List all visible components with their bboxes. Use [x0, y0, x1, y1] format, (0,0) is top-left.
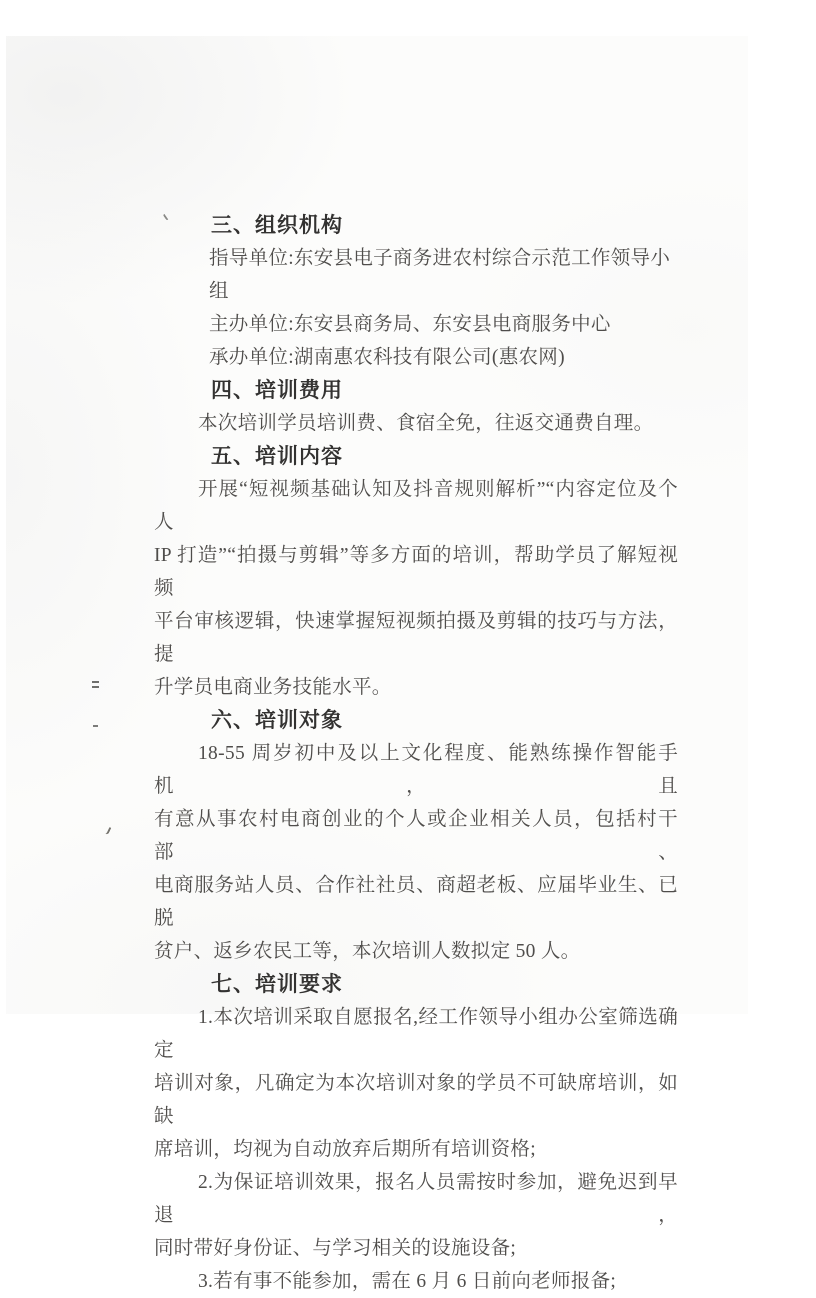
- scanned-page: 三、组织机构 指导单位:东安县电子商务进农村综合示范工作领导小组 主办单位:东安…: [6, 36, 748, 1014]
- text-line: 贫户、返乡农民工等，本次培训人数拟定 50 人。: [154, 935, 678, 968]
- section-heading: 六、培训对象: [154, 704, 678, 737]
- text-line: 18-55 周岁初中及以上文化程度、能熟练操作智能手机，且: [154, 737, 678, 803]
- section-fees: 四、培训费用 本次培训学员培训费、食宿全免，往返交通费自理。: [154, 374, 678, 440]
- document-body: 三、组织机构 指导单位:东安县电子商务进农村综合示范工作领导小组 主办单位:东安…: [154, 209, 678, 1056]
- text-line: IP 打造”“拍摄与剪辑”等多方面的培训，帮助学员了解短视频: [154, 539, 678, 605]
- text-line: 1.本次培训采取自愿报名,经工作领导小组办公室筛选确定: [154, 1001, 678, 1056]
- section-heading: 四、培训费用: [154, 374, 678, 407]
- text-line: 平台审核逻辑，快速掌握短视频拍摄及剪辑的技巧与方法，提: [154, 605, 678, 671]
- text-line: 承办单位:湖南惠农科技有限公司(惠农网): [154, 341, 678, 374]
- section-trainees: 六、培训对象 18-55 周岁初中及以上文化程度、能熟练操作智能手机，且 有意从…: [154, 704, 678, 968]
- text-line: 主办单位:东安县商务局、东安县电商服务中心: [154, 308, 678, 341]
- text-line: 电商服务站人员、合作社社员、商超老板、应届毕业生、已脱: [154, 869, 678, 935]
- section-heading: 五、培训内容: [154, 440, 678, 473]
- text-line: 本次培训学员培训费、食宿全免，往返交通费自理。: [154, 407, 678, 440]
- section-heading: 三、组织机构: [154, 209, 678, 242]
- section-content: 五、培训内容 开展“短视频基础认知及抖音规则解析”“内容定位及个人 IP 打造”…: [154, 440, 678, 704]
- text-line: 升学员电商业务技能水平。: [154, 671, 678, 704]
- text-line: 开展“短视频基础认知及抖音规则解析”“内容定位及个人: [154, 473, 678, 539]
- section-organization: 三、组织机构 指导单位:东安县电子商务进农村综合示范工作领导小组 主办单位:东安…: [154, 209, 678, 374]
- text-line: 指导单位:东安县电子商务进农村综合示范工作领导小组: [154, 242, 678, 308]
- text-line: 有意从事农村电商创业的个人或企业相关人员，包括村干部、: [154, 803, 678, 869]
- section-heading: 七、培训要求: [154, 968, 678, 1001]
- section-requirements: 七、培训要求 1.本次培训采取自愿报名,经工作领导小组办公室筛选确定 培训对象，…: [154, 968, 678, 1056]
